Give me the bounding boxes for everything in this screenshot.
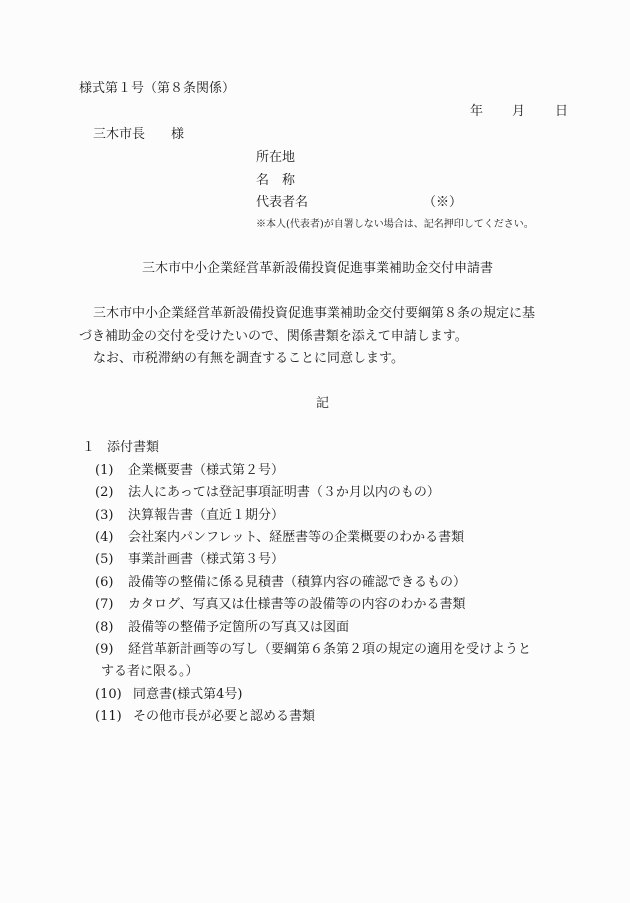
list-item-continuation: する者に限る。） — [101, 664, 199, 680]
paragraph1-line2: づき補助金の交付を受けたいので、関係書類を添えて申請します。 — [79, 329, 468, 345]
signature-note: ※本人(代表者)が自署しない場合は、記名押印してください。 — [256, 217, 534, 233]
name-label: 名 称 — [256, 173, 295, 189]
representative-label: 代表者名 — [256, 195, 308, 211]
ki-heading: 記 — [316, 396, 329, 412]
representative-mark: （※） — [423, 195, 462, 211]
paragraph2: なお、市税滞納の有無を調査することに同意します。 — [93, 351, 404, 367]
paragraph1-line1: 三木市中小企業経営革新設備投資促進事業補助金交付要綱第８条の規定に基 — [93, 306, 535, 322]
month-label: 月 — [512, 104, 525, 120]
form-number: 様式第１号（第８条関係） — [79, 81, 235, 97]
addressee: 三木市長 様 — [93, 127, 184, 143]
day-label: 日 — [555, 104, 568, 120]
address-label: 所在地 — [256, 150, 295, 166]
section-number: １ — [82, 440, 95, 456]
year-label: 年 — [470, 104, 483, 120]
document-title: 三木市中小企業経営革新設備投資促進事業補助金交付申請書 — [142, 261, 493, 277]
section-heading: 添付書類 — [107, 440, 159, 456]
